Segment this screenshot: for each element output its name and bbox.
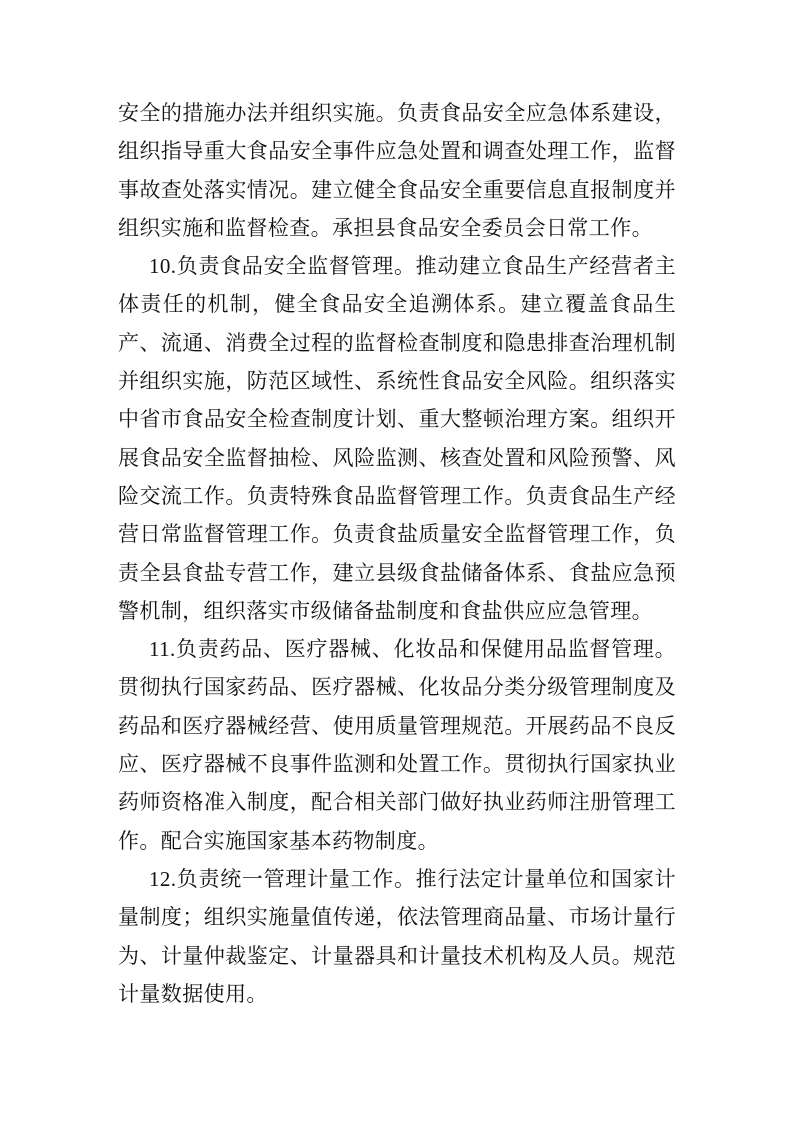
document-body: 安全的措施办法并组织实施。负责食品安全应急体系建设，组织指导重大食品安全事件应急… — [118, 94, 676, 1013]
paragraph-item-11: 11.负责药品、医疗器械、化妆品和保健用品监督管理。贯彻执行国家药品、医疗器械、… — [118, 630, 676, 860]
paragraph-item-10: 10.负责食品安全监督管理。推动建立食品生产经营者主体责任的机制，健全食品安全追… — [118, 247, 676, 630]
paragraph-continuation: 安全的措施办法并组织实施。负责食品安全应急体系建设，组织指导重大食品安全事件应急… — [118, 94, 676, 247]
document-page: 安全的措施办法并组织实施。负责食品安全应急体系建设，组织指导重大食品安全事件应急… — [0, 0, 793, 1122]
paragraph-item-12: 12.负责统一管理计量工作。推行法定计量单位和国家计量制度；组织实施量值传递，依… — [118, 860, 676, 1013]
